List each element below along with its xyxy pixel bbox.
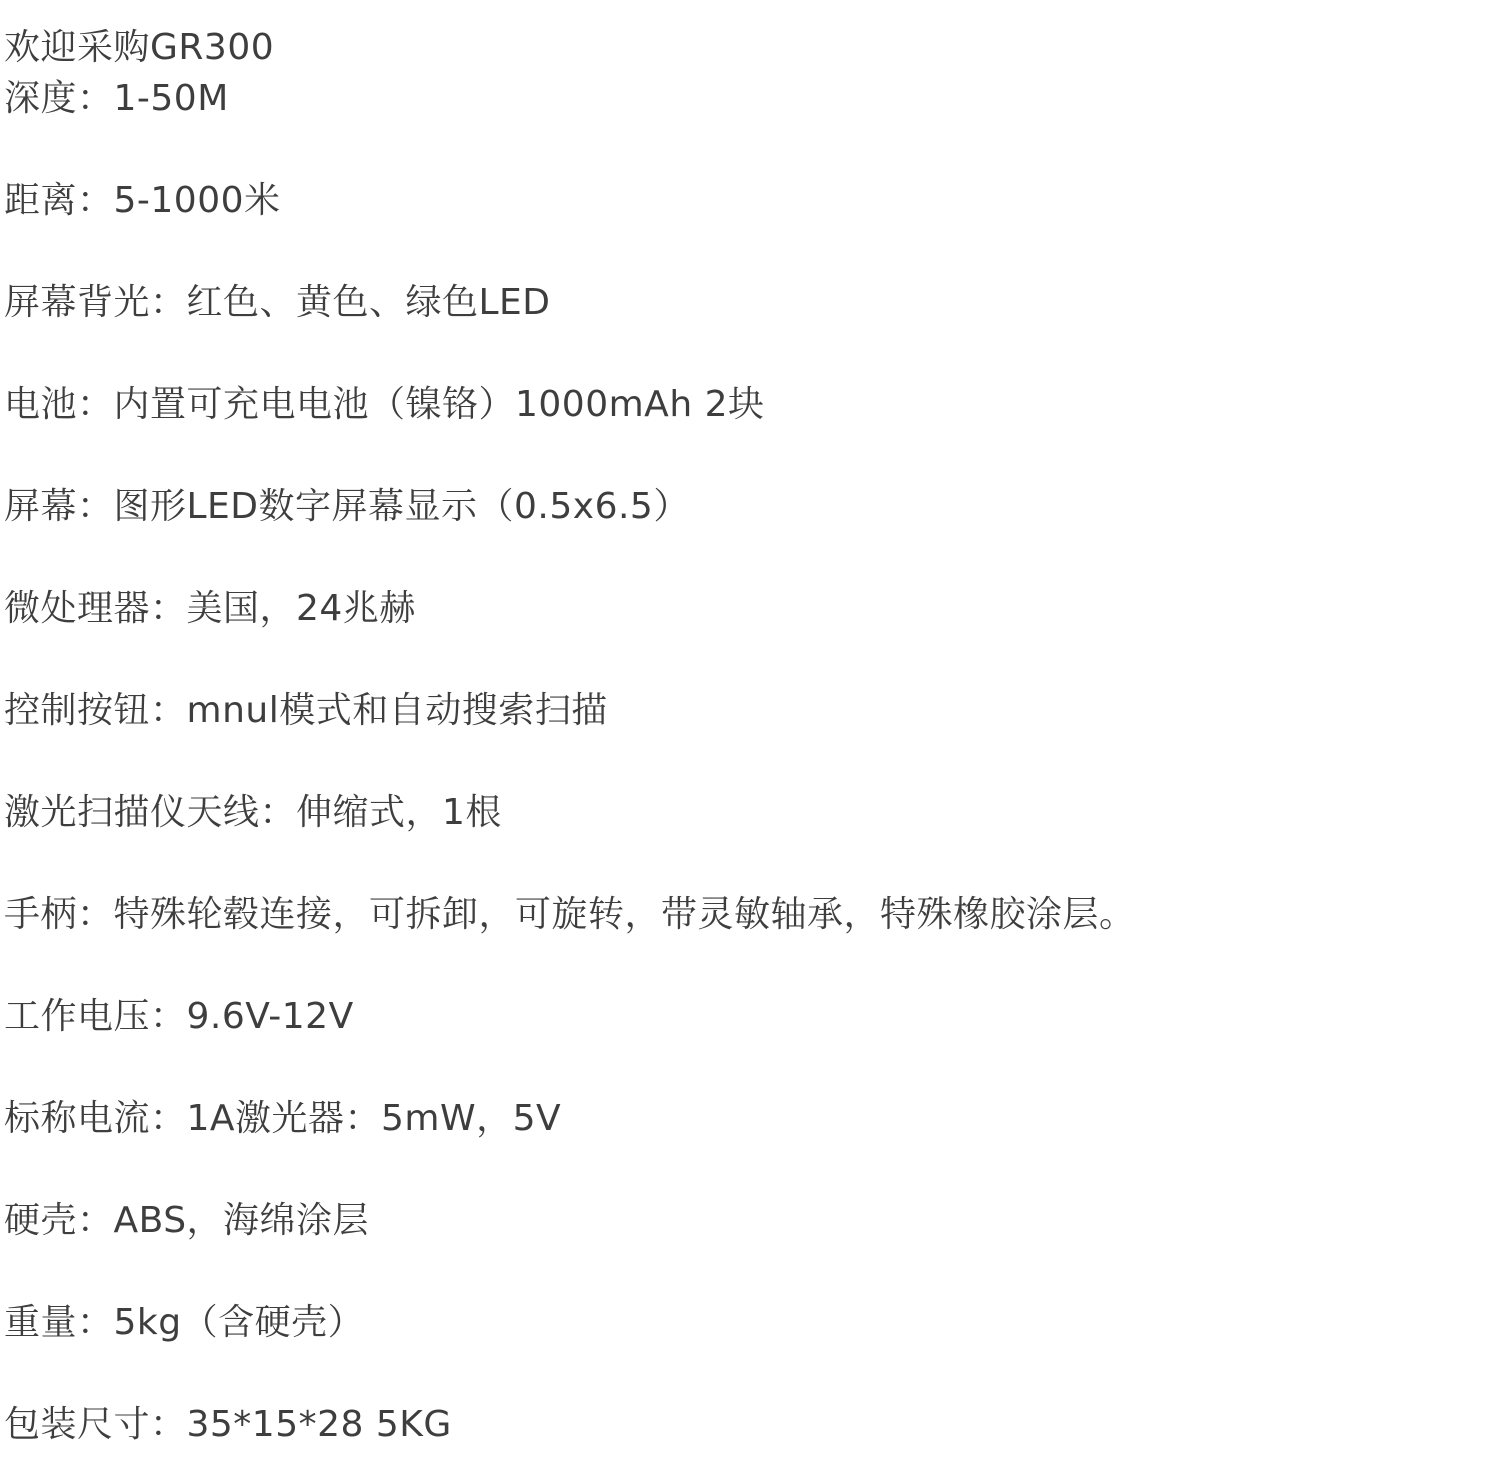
product-spec-sheet: 欢迎采购GR300 深度：1-50M 距离：5-1000米 屏幕背光：红色、黄色… [4, 22, 1464, 1450]
line-current: 标称电流：1A激光器：5mW，5V [4, 1093, 1464, 1144]
line-battery: 电池：内置可充电电池（镍铬）1000mAh 2块 [4, 379, 1464, 430]
line-welcome-title: 欢迎采购GR300 [4, 22, 1464, 73]
line-hard-shell: 硬壳：ABS，海绵涂层 [4, 1195, 1464, 1246]
line-weight: 重量：5kg（含硬壳） [4, 1297, 1464, 1348]
line-handle: 手柄：特殊轮毂连接，可拆卸，可旋转，带灵敏轴承，特殊橡胶涂层。 [4, 889, 1464, 940]
line-depth: 深度：1-50M [4, 73, 1464, 124]
line-backlight: 屏幕背光：红色、黄色、绿色LED [4, 277, 1464, 328]
line-package-size: 包装尺寸：35*15*28 5KG [4, 1399, 1464, 1450]
line-antenna: 激光扫描仪天线：伸缩式，1根 [4, 787, 1464, 838]
line-processor: 微处理器：美国，24兆赫 [4, 583, 1464, 634]
line-control-buttons: 控制按钮：mnul模式和自动搜索扫描 [4, 685, 1464, 736]
line-distance: 距离：5-1000米 [4, 175, 1464, 226]
line-voltage: 工作电压：9.6V-12V [4, 991, 1464, 1042]
line-screen: 屏幕：图形LED数字屏幕显示（0.5x6.5） [4, 481, 1464, 532]
